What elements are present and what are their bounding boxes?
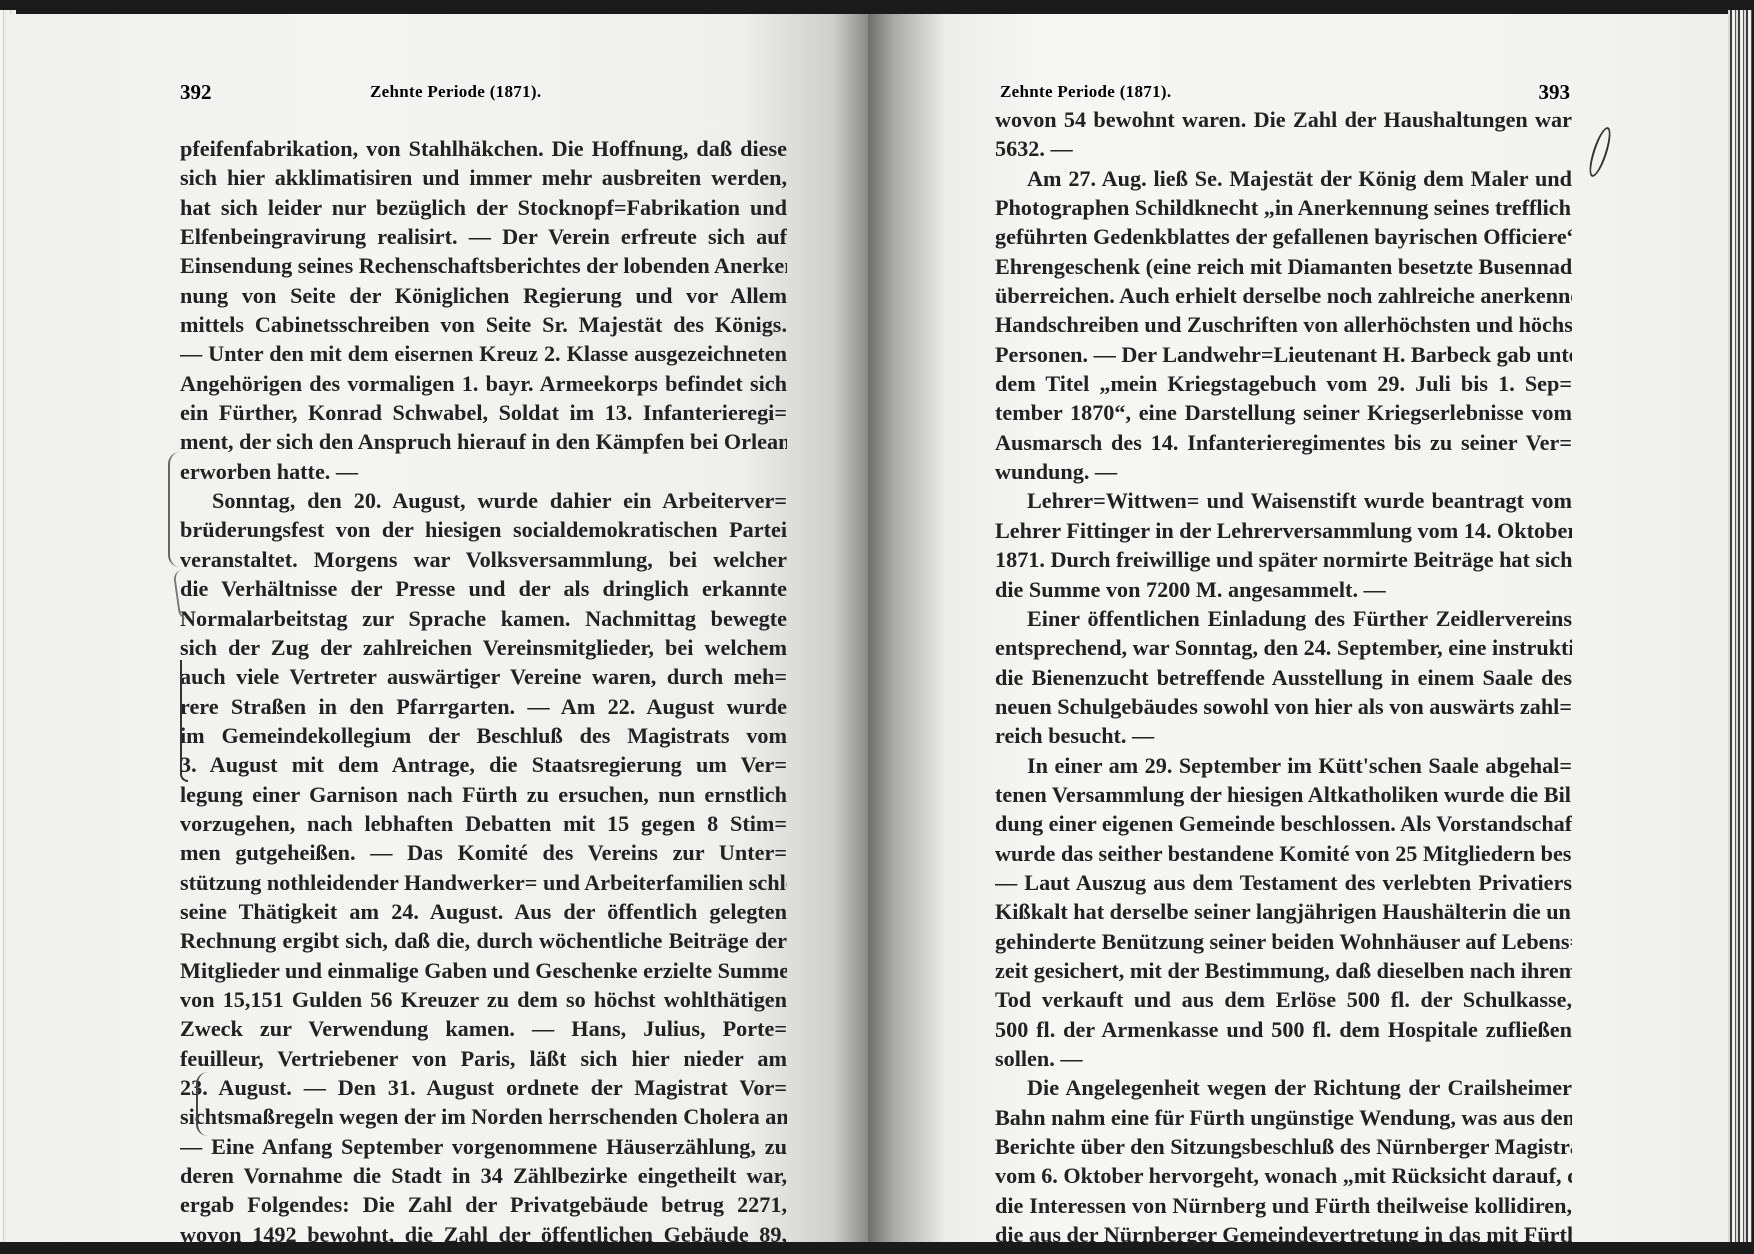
text-line: nung von Seite der Königlichen Regierung… xyxy=(180,281,787,310)
text-line: feuilleur, Vertriebener von Paris, läßt … xyxy=(180,1044,787,1073)
text-line: Kißkalt hat derselbe seiner langjährigen… xyxy=(995,897,1572,926)
text-line: erworben hatte. — xyxy=(180,457,787,486)
paragraph-start-line: Einer öffentlichen Einladung des Fürther… xyxy=(995,604,1572,633)
text-line: 5632. — xyxy=(995,134,1572,163)
text-line: Handschreiben und Zuschriften von allerh… xyxy=(995,310,1572,339)
text-line: reich besucht. — xyxy=(995,721,1572,750)
text-line: vorzugehen, nach lebhaften Debatten mit … xyxy=(180,809,787,838)
text-line: Ausmarsch des 14. Infanterieregimentes b… xyxy=(995,428,1572,457)
text-line: veranstaltet. Morgens war Volksversammlu… xyxy=(180,545,787,574)
pencil-bracket-mark xyxy=(196,1072,208,1136)
text-line: vom 6. Oktober hervorgeht, wonach „mit R… xyxy=(995,1161,1572,1190)
text-line: Ehrengeschenk (eine reich mit Diamanten … xyxy=(995,252,1572,281)
text-line: — Eine Anfang September vorgenommene Häu… xyxy=(180,1132,787,1161)
text-line: ergab Folgendes: Die Zahl der Privatgebä… xyxy=(180,1190,787,1219)
right-page-body: wovon 54 bewohnt waren. Die Zahl der Hau… xyxy=(995,105,1572,1249)
text-line: die Verhältnisse der Presse und der als … xyxy=(180,574,787,603)
text-line: sich der Zug der zahlreichen Vereinsmitg… xyxy=(180,633,787,662)
text-line: 23. August. — Den 31. August ordnete der… xyxy=(180,1073,787,1102)
text-line: legung einer Garnison nach Fürth zu ersu… xyxy=(180,780,787,809)
text-line: Rechnung ergibt sich, daß die, durch wöc… xyxy=(180,926,787,955)
text-line: rere Straßen in den Pfarrgarten. — Am 22… xyxy=(180,692,787,721)
text-line: ein Fürther, Konrad Schwabel, Soldat im … xyxy=(180,398,787,427)
text-line: brüderungsfest von der hiesigen socialde… xyxy=(180,515,787,544)
text-line: zeit gesichert, mit der Bestimmung, daß … xyxy=(995,956,1572,985)
paragraph-start-line: Die Angelegenheit wegen der Richtung der… xyxy=(995,1073,1572,1102)
text-line: 1871. Durch freiwillige und später normi… xyxy=(995,545,1572,574)
text-line: sollen. — xyxy=(995,1044,1572,1073)
page-stack-edge-right xyxy=(1728,10,1752,1242)
page-number-left: 392 xyxy=(180,80,212,105)
text-line: stützung nothleidender Handwerker= und A… xyxy=(180,868,787,897)
text-line: 500 fl. der Armenkasse und 500 fl. dem H… xyxy=(995,1015,1572,1044)
text-line: gehinderte Benützung seiner beiden Wohnh… xyxy=(995,927,1572,956)
text-line: entsprechend, war Sonntag, den 24. Septe… xyxy=(995,633,1572,662)
text-line: sichtsmaßregeln wegen der im Norden herr… xyxy=(180,1102,787,1131)
text-line: wovon 1492 bewohnt, die Zahl der öffentl… xyxy=(180,1220,787,1249)
text-line: im Gemeindekollegium der Beschluß des Ma… xyxy=(180,721,787,750)
paragraph-start-line: Am 27. Aug. ließ Se. Majestät der König … xyxy=(995,164,1572,193)
text-line: seine Thätigkeit am 24. August. Aus der … xyxy=(180,897,787,926)
text-line: hat sich leider nur bezüglich der Stockn… xyxy=(180,193,787,222)
text-line: überreichen. Auch erhielt derselbe noch … xyxy=(995,281,1572,310)
text-line: Zweck zur Verwendung kamen. — Hans, Juli… xyxy=(180,1014,787,1043)
book-spread: 392 Zehnte Periode (1871). Zehnte Period… xyxy=(0,0,1754,1254)
text-line: deren Vornahme die Stadt in 34 Zählbezir… xyxy=(180,1161,787,1190)
paragraph-start-line: In einer am 29. September im Kütt'schen … xyxy=(995,751,1572,780)
text-line: Photographen Schildknecht „in Anerkennun… xyxy=(995,193,1572,222)
paragraph-start-line: Sonntag, den 20. August, wurde dahier ei… xyxy=(180,486,787,515)
text-line: tenen Versammlung der hiesigen Altkathol… xyxy=(995,780,1572,809)
running-title-left: Zehnte Periode (1871). xyxy=(370,82,541,102)
text-line: 3. August mit dem Antrage, die Staatsreg… xyxy=(180,750,787,779)
text-line: Normalarbeitstag zur Sprache kamen. Nach… xyxy=(180,604,787,633)
text-line: wurde das seither bestandene Komité von … xyxy=(995,839,1572,868)
text-line: Berichte über den Sitzungsbeschluß des N… xyxy=(995,1132,1572,1161)
left-page-header: 392 Zehnte Periode (1871). xyxy=(180,80,800,110)
text-line: sich hier akklimatisiren und immer mehr … xyxy=(180,163,787,192)
text-line: — Laut Auszug aus dem Testament des verl… xyxy=(995,868,1572,897)
text-line: — Unter den mit dem eisernen Kreuz 2. Kl… xyxy=(180,339,787,368)
text-line: die Summe von 7200 M. angesammelt. — xyxy=(995,575,1572,604)
text-line: pfeifenfabrikation, von Stahlhäkchen. Di… xyxy=(180,134,787,163)
text-line: Personen. — Der Landwehr=Lieutenant H. B… xyxy=(995,340,1572,369)
text-line: wundung. — xyxy=(995,457,1572,486)
text-line: ment, der sich den Anspruch hierauf in d… xyxy=(180,427,787,456)
text-line: geführten Gedenkblattes der gefallenen b… xyxy=(995,222,1572,251)
text-line: tember 1870“, eine Darstellung seiner Kr… xyxy=(995,398,1572,427)
text-line: die aus der Nürnberger Gemeindevertretun… xyxy=(995,1220,1572,1249)
text-line: dem Titel „mein Kriegstagebuch vom 29. J… xyxy=(995,369,1572,398)
pencil-bracket-mark xyxy=(180,660,188,782)
text-line: die Bienenzucht betreffende Ausstellung … xyxy=(995,663,1572,692)
text-line: mittels Cabinetsschreiben von Seite Sr. … xyxy=(180,310,787,339)
paragraph-start-line: Lehrer=Wittwen= und Waisenstift wurde be… xyxy=(995,486,1572,515)
text-line: die Interessen von Nürnberg und Fürth th… xyxy=(995,1191,1572,1220)
text-line: neuen Schulgebäudes sowohl von hier als … xyxy=(995,692,1572,721)
text-line: Angehörigen des vormaligen 1. bayr. Arme… xyxy=(180,369,787,398)
text-line: Lehrer Fittinger in der Lehrerversammlun… xyxy=(995,516,1572,545)
running-title-right: Zehnte Periode (1871). xyxy=(1000,82,1171,102)
text-line: von 15,151 Gulden 56 Kreuzer zu dem so h… xyxy=(180,985,787,1014)
text-line: men gutgeheißen. — Das Komité des Verein… xyxy=(180,838,787,867)
page-number-right: 393 xyxy=(1539,80,1571,105)
text-line: dung einer eigenen Gemeinde beschlossen.… xyxy=(995,809,1572,838)
text-line: wovon 54 bewohnt waren. Die Zahl der Hau… xyxy=(995,105,1572,134)
text-line: Tod verkauft und aus dem Erlöse 500 fl. … xyxy=(995,985,1572,1014)
pencil-bracket-mark xyxy=(168,452,180,567)
text-line: Einsendung seines Rechenschaftsberichtes… xyxy=(180,251,787,280)
text-line: Bahn nahm eine für Fürth ungünstige Wend… xyxy=(995,1103,1572,1132)
text-line: Mitglieder und einmalige Gaben und Gesch… xyxy=(180,956,787,985)
text-line: Elfenbeingravirung realisirt. — Der Vere… xyxy=(180,222,787,251)
left-page-body: pfeifenfabrikation, von Stahlhäkchen. Di… xyxy=(180,134,787,1249)
text-line: auch viele Vertreter auswärtiger Vereine… xyxy=(180,662,787,691)
